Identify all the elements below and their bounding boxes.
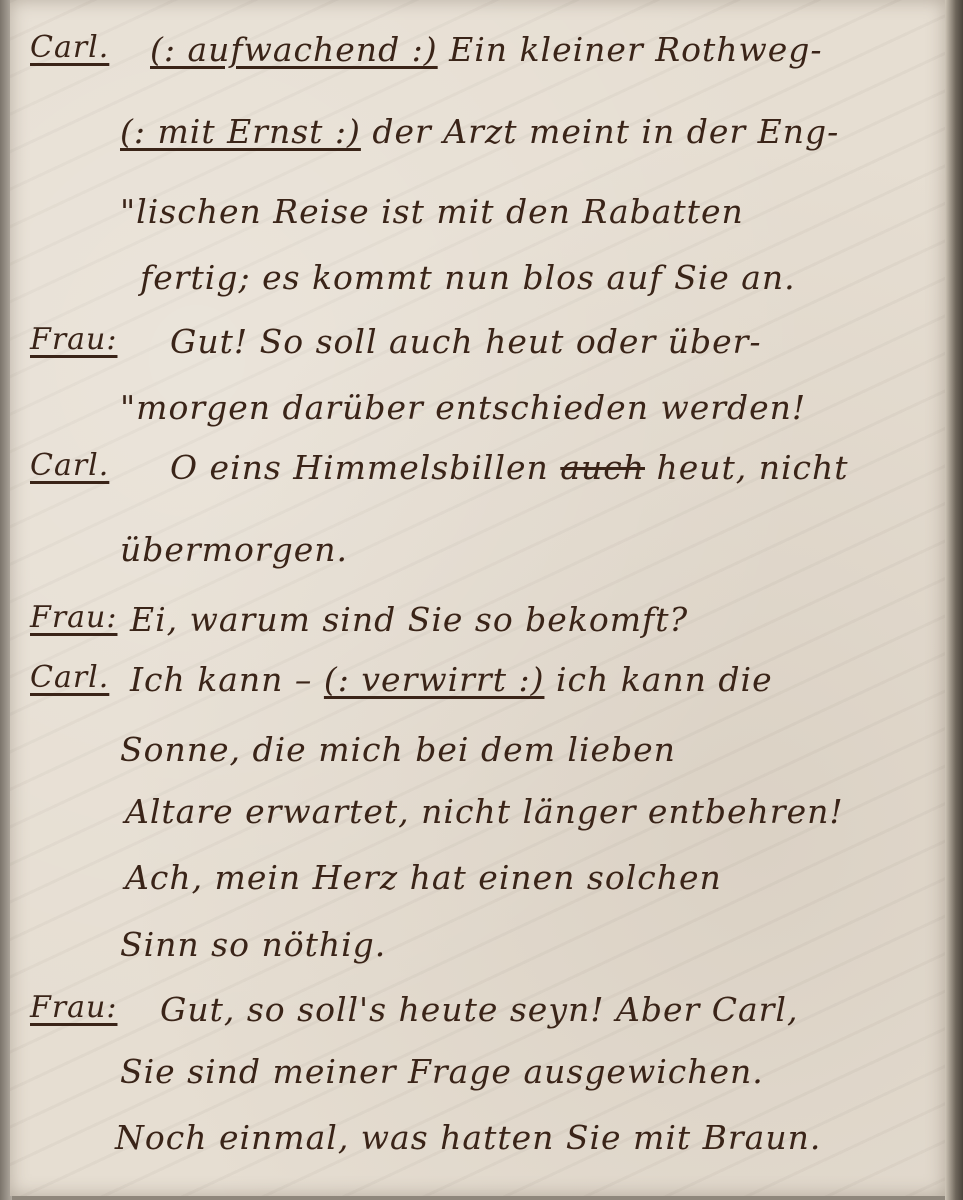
line-text: Sie sind meiner Frage ausgewichen. [120,1052,764,1091]
line-text: Noch einmal, was hatten Sie mit Braun. [115,1118,821,1157]
text-segment: Ich kann – [130,660,324,699]
speaker-label: Frau: [30,990,117,1025]
manuscript-line: (: mit Ernst :) der Arzt meint in der En… [10,112,945,182]
manuscript-line: Sie sind meiner Frage ausgewichen. [10,1052,945,1122]
manuscript-line: Noch einmal, was hatten Sie mit Braun. [10,1118,945,1188]
text-segment: Ei, warum sind Sie so bekomft? [130,600,688,639]
line-text: (: aufwachend :) Ein kleiner Rothweg- [150,30,823,69]
text-segment: Sie sind meiner Frage ausgewichen. [120,1052,764,1091]
line-text: übermorgen. [120,530,348,569]
line-text: Ei, warum sind Sie so bekomft? [130,600,688,639]
text-segment: Ach, mein Herz hat einen solchen [125,858,722,897]
text-segment: Noch einmal, was hatten Sie mit Braun. [115,1118,821,1157]
stage-direction: (: verwirrt :) [324,660,545,699]
manuscript-line: Sonne, die mich bei dem lieben [10,730,945,800]
speaker-label: Carl. [30,448,109,483]
line-text: Sinn so nöthig. [120,925,386,964]
line-text: "lischen Reise ist mit den Rabatten [120,192,744,231]
line-text: O eins Himmelsbillen auch heut, nicht [170,448,849,487]
line-text: Ich kann – (: verwirrt :) ich kann die [130,660,773,699]
manuscript-line: Ach, mein Herz hat einen solchen [10,858,945,928]
manuscript-line: übermorgen. [10,530,945,600]
text-segment: "morgen darüber entschieden werden! [120,388,806,427]
line-text: Sonne, die mich bei dem lieben [120,730,676,769]
manuscript-line: Carl.O eins Himmelsbillen auch heut, nic… [10,448,945,518]
manuscript-line: "lischen Reise ist mit den Rabatten [10,192,945,262]
line-text: Ach, mein Herz hat einen solchen [125,858,722,897]
manuscript-line: Altare erwartet, nicht länger entbehren! [10,792,945,862]
speaker-label: Frau: [30,322,117,357]
manuscript-line: Frau:Gut, so soll's heute seyn! Aber Car… [10,990,945,1060]
text-segment: Ein kleiner Rothweg- [438,30,823,69]
text-segment: Sonne, die mich bei dem lieben [120,730,676,769]
manuscript-line: Carl.(: aufwachend :) Ein kleiner Rothwe… [10,30,945,100]
text-segment: Altare erwartet, nicht länger entbehren! [125,792,844,831]
text-segment: "lischen Reise ist mit den Rabatten [120,192,744,231]
manuscript-line: Carl.Ich kann – (: verwirrt :) ich kann … [10,660,945,730]
struck-word: auch [560,448,645,487]
page-right-edge [945,0,963,1200]
text-segment: Gut! So soll auch heut oder über- [170,322,762,361]
text-segment: ich kann die [544,660,772,699]
text-segment: Sinn so nöthig. [120,925,386,964]
line-text: "morgen darüber entschieden werden! [120,388,806,427]
line-text: Gut, so soll's heute seyn! Aber Carl, [160,990,798,1029]
text-segment: Gut, so soll's heute seyn! Aber Carl, [160,990,798,1029]
speaker-label: Carl. [30,660,109,695]
text-segment: fertig; es kommt nun blos auf Sie an. [140,258,796,297]
text-segment: O eins Himmelsbillen [170,448,560,487]
speaker-label: Frau: [30,600,117,635]
speaker-label: Carl. [30,30,109,65]
stage-direction: (: aufwachend :) [150,30,438,69]
text-segment: der Arzt meint in der Eng- [361,112,839,151]
manuscript-line: Frau:Gut! So soll auch heut oder über- [10,322,945,392]
manuscript-page: Carl.(: aufwachend :) Ein kleiner Rothwe… [10,0,945,1196]
line-text: Gut! So soll auch heut oder über- [170,322,762,361]
manuscript-line: Sinn so nöthig. [10,925,945,995]
line-text: (: mit Ernst :) der Arzt meint in der En… [120,112,839,151]
line-text: fertig; es kommt nun blos auf Sie an. [140,258,796,297]
manuscript-line: fertig; es kommt nun blos auf Sie an. [10,258,945,328]
text-segment: übermorgen. [120,530,348,569]
text-segment: heut, nicht [645,448,849,487]
line-text: Altare erwartet, nicht länger entbehren! [125,792,844,831]
stage-direction: (: mit Ernst :) [120,112,361,151]
